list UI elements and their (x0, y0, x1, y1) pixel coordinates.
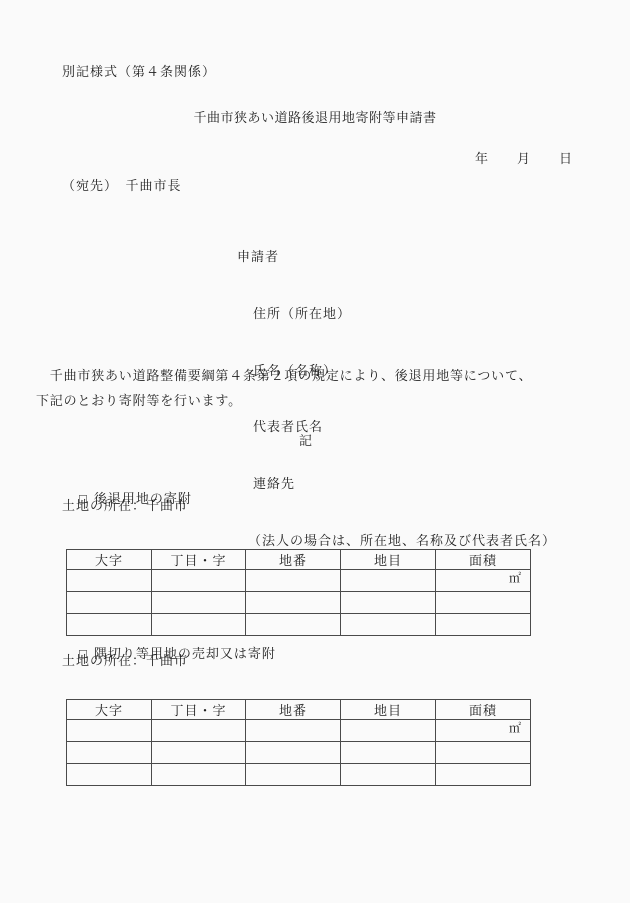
table-cell (152, 764, 246, 786)
table-header-row: 大字 丁目・字 地番 地目 面積 (67, 700, 531, 720)
applicant-address-label: 住所（所在地） (237, 302, 556, 327)
table-row: ㎡ (67, 570, 531, 592)
table-cell (246, 570, 341, 592)
table-header-row: 大字 丁目・字 地番 地目 面積 (67, 550, 531, 570)
table-cell (341, 614, 436, 636)
table-cell (436, 614, 531, 636)
table-cell (436, 742, 531, 764)
table-cell (152, 720, 246, 742)
body-paragraph: 千曲市狭あい道路整備要綱第４条第２項の規定により、後退用地等について、 下記のと… (36, 363, 576, 413)
table-cell (67, 742, 152, 764)
col-header-chome-aza: 丁目・字 (152, 550, 246, 570)
form-style-note: 別記様式（第４条関係） (62, 61, 216, 80)
area-unit-cell: ㎡ (436, 720, 531, 742)
col-header-land-category: 地目 (341, 700, 436, 720)
table-cell (436, 764, 531, 786)
table-cell (246, 720, 341, 742)
col-header-chome-aza: 丁目・字 (152, 700, 246, 720)
col-header-lot-number: 地番 (246, 550, 341, 570)
table-cell (341, 742, 436, 764)
applicant-heading: 申請者 (237, 245, 556, 270)
land-table-donation: 大字 丁目・字 地番 地目 面積 ㎡ (66, 549, 531, 636)
table-cell (67, 720, 152, 742)
table-cell (246, 764, 341, 786)
col-header-oaza: 大字 (67, 700, 152, 720)
col-header-lot-number: 地番 (246, 700, 341, 720)
document-title: 千曲市狭あい道路後退用地寄附等申請書 (0, 107, 630, 126)
table-cell (436, 592, 531, 614)
table-cell (67, 764, 152, 786)
table-cell (246, 742, 341, 764)
table-cell (152, 592, 246, 614)
table-row (67, 764, 531, 786)
col-header-oaza: 大字 (67, 550, 152, 570)
table-cell (341, 764, 436, 786)
applicant-contact-label: 連絡先 (237, 472, 556, 497)
recipient-line: （宛先） 千曲市長 (62, 175, 182, 194)
record-marker: 記 (36, 430, 576, 449)
table-cell (67, 570, 152, 592)
table-row: ㎡ (67, 720, 531, 742)
col-header-area: 面積 (436, 700, 531, 720)
table-cell (152, 570, 246, 592)
land-table-corner-cut: 大字 丁目・字 地番 地目 面積 ㎡ (66, 699, 531, 786)
col-header-land-category: 地目 (341, 550, 436, 570)
table-cell (67, 592, 152, 614)
date-line: 年 月 日 (475, 148, 573, 167)
area-unit-cell: ㎡ (436, 570, 531, 592)
col-header-area: 面積 (436, 550, 531, 570)
table-cell (341, 570, 436, 592)
table-cell (152, 742, 246, 764)
table-cell (341, 720, 436, 742)
document-page: 別記様式（第４条関係） 千曲市狭あい道路後退用地寄附等申請書 年 月 日 （宛先… (0, 0, 630, 903)
table-row (67, 742, 531, 764)
land-location-label: 土地の所在：千曲市 (62, 495, 188, 514)
table-row (67, 592, 531, 614)
table-cell (246, 592, 341, 614)
table-cell (341, 592, 436, 614)
